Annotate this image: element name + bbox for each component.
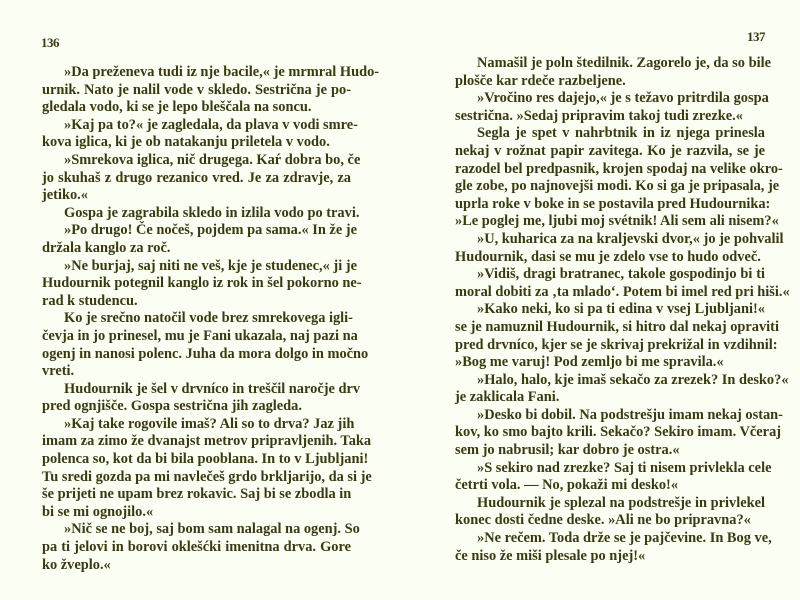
text-line: Hudournik je splezal na podstrešje in pr… (455, 495, 765, 513)
page-number-right: 137 (747, 29, 765, 45)
text-line: »Vročino res dajejo,« je s težavo pritrd… (455, 90, 765, 108)
text-line: gle zobe, po najnovejši modi. Ko si ga j… (455, 178, 765, 196)
text-line: »Kaj take rogovile imaš? Ali so to drva?… (42, 416, 351, 434)
text-line: ogenj in nanosi polenc. Juha da mora dol… (42, 346, 351, 364)
text-line: »Po drugo! Če nočeš, pojdem pa sama.« In… (42, 222, 351, 240)
text-line: četrti vola. — No, pokaži mi desko!« (455, 477, 765, 495)
text-line: Gospa je zagrabila skledo in izlila vodo… (42, 205, 351, 223)
text-line: »Kako neki, ko si pa ti edina v vsej Lju… (455, 301, 765, 319)
text-line: konec dosti čedne deske. »Ali ne bo prip… (455, 512, 765, 530)
text-line: Tu sredi gozda pa mi navlečeš grdo brklj… (42, 469, 351, 487)
text-line: plošče kar rdeče razbeljene. (455, 73, 765, 91)
text-line: vreti. (42, 363, 351, 381)
text-line: Hudournik je šel v drvníco in treščil na… (42, 381, 351, 399)
text-line: je zaklicala Fani. (455, 389, 765, 407)
text-line: kov, ko smo bajto krili. Sekačo? Sekiro … (455, 424, 765, 442)
text-line: Ko je srečno natočil vode brez smrekoveg… (42, 310, 351, 328)
text-line: sestrična. »Sedaj pripravim takoj tudi z… (455, 108, 765, 126)
text-line: kova iglica, ki je ob natakanju priletel… (42, 134, 351, 152)
text-line: rad k studencu. (42, 293, 351, 311)
text-line: razodel bel predpasnik, krojen spodaj na… (455, 161, 765, 179)
text-line: uprla roke v boke in se postavila pred H… (455, 196, 765, 214)
text-line: »S sekiro nad zrezke? Saj ti nisem privl… (455, 460, 765, 478)
text-line: jo skuhaš z drugo rezanico vred. Je za z… (42, 170, 351, 188)
left-page: 136 »Da preženeva tudi iz nje bacile,« j… (0, 0, 400, 600)
text-line: Namašil je poln štedilnik. Zagorelo je, … (455, 55, 765, 73)
page-number-left: 136 (41, 35, 59, 51)
text-line: imam za zimo že dvanajst metrov pripravl… (42, 433, 351, 451)
text-line: gledala vodo, ki se je lepo bleščala na … (42, 99, 351, 117)
text-line: moral dobiti za ‚ta mlado‘. Potem bi ime… (455, 284, 765, 302)
right-page-text: Namašil je poln štedilnik. Zagorelo je, … (455, 55, 765, 565)
text-line: »Nič se ne boj, saj bom sam nalagal na o… (42, 521, 351, 539)
text-line: »Bog me varuj! Pod zemljo bi me spravila… (455, 354, 765, 372)
text-line: Hudournik potegnil kanglo iz rok in šel … (42, 275, 351, 293)
text-line: Segla je spet v nahrbtnik in iz njega pr… (455, 125, 765, 143)
text-line: urnik. Nato je nalil vode v skledo. Sest… (42, 82, 351, 100)
text-line: »Kaj pa to?« je zagledala, da plava v vo… (42, 117, 351, 135)
text-line: še prijeti ne upam brez rokavic. Saj bi … (42, 486, 351, 504)
text-line: pred drvníco, kjer se je skrivaj prekriž… (455, 337, 765, 355)
text-line: sem jo nabrusil; kar dobro je ostra.« (455, 442, 765, 460)
text-line: pa ti jelovi in borovi oklešćki imenitna… (42, 539, 351, 557)
text-line: držala kanglo za roč. (42, 240, 351, 258)
book-spread: 136 »Da preženeva tudi iz nje bacile,« j… (0, 0, 800, 600)
text-line: se je namuznil Hudournik, si hitro dal n… (455, 319, 765, 337)
text-line: »Ne burjaj, saj niti ne veš, kje je stud… (42, 258, 351, 276)
text-line: »Desko bi dobil. Na podstrešju imam neka… (455, 407, 765, 425)
text-line: bi se mi ognojilo.« (42, 504, 351, 522)
text-line: »Halo, halo, kje imaš sekačo za zrezek? … (455, 372, 765, 390)
text-line: »Da preženeva tudi iz nje bacile,« je mr… (42, 64, 351, 82)
left-page-text: »Da preženeva tudi iz nje bacile,« je mr… (42, 64, 351, 574)
text-line: nekaj v rožnat papir zavitega. Ko je raz… (455, 143, 765, 161)
text-line: »U, kuharica za na kraljevski dvor,« jo … (455, 231, 765, 249)
text-line: polenca so, kot da bi bila pooblana. In … (42, 451, 351, 469)
text-line: ko žveplo.« (42, 557, 351, 575)
text-line: jetiko.« (42, 187, 351, 205)
text-line: Hudournik, dasi se mu je zdelo vse to hu… (455, 249, 765, 267)
text-line: »Le poglej me, ljubi moj svétnik! Ali se… (455, 213, 765, 231)
text-line: čevja in jo prinesel, mu je Fani ukazala… (42, 328, 351, 346)
text-line: »Ne rečem. Toda drže se je pajčevine. In… (455, 530, 765, 548)
text-line: če niso že miši plesale po njej!« (455, 548, 765, 566)
text-line: pred ognjišče. Gospa sestrična jih zagle… (42, 398, 351, 416)
text-line: »Vidiš, dragi bratranec, takole gospodin… (455, 266, 765, 284)
text-line: »Smrekova iglica, nič drugega. Kaŕ dobra… (42, 152, 351, 170)
right-page: 137 Namašil je poln štedilnik. Zagorelo … (400, 0, 800, 600)
